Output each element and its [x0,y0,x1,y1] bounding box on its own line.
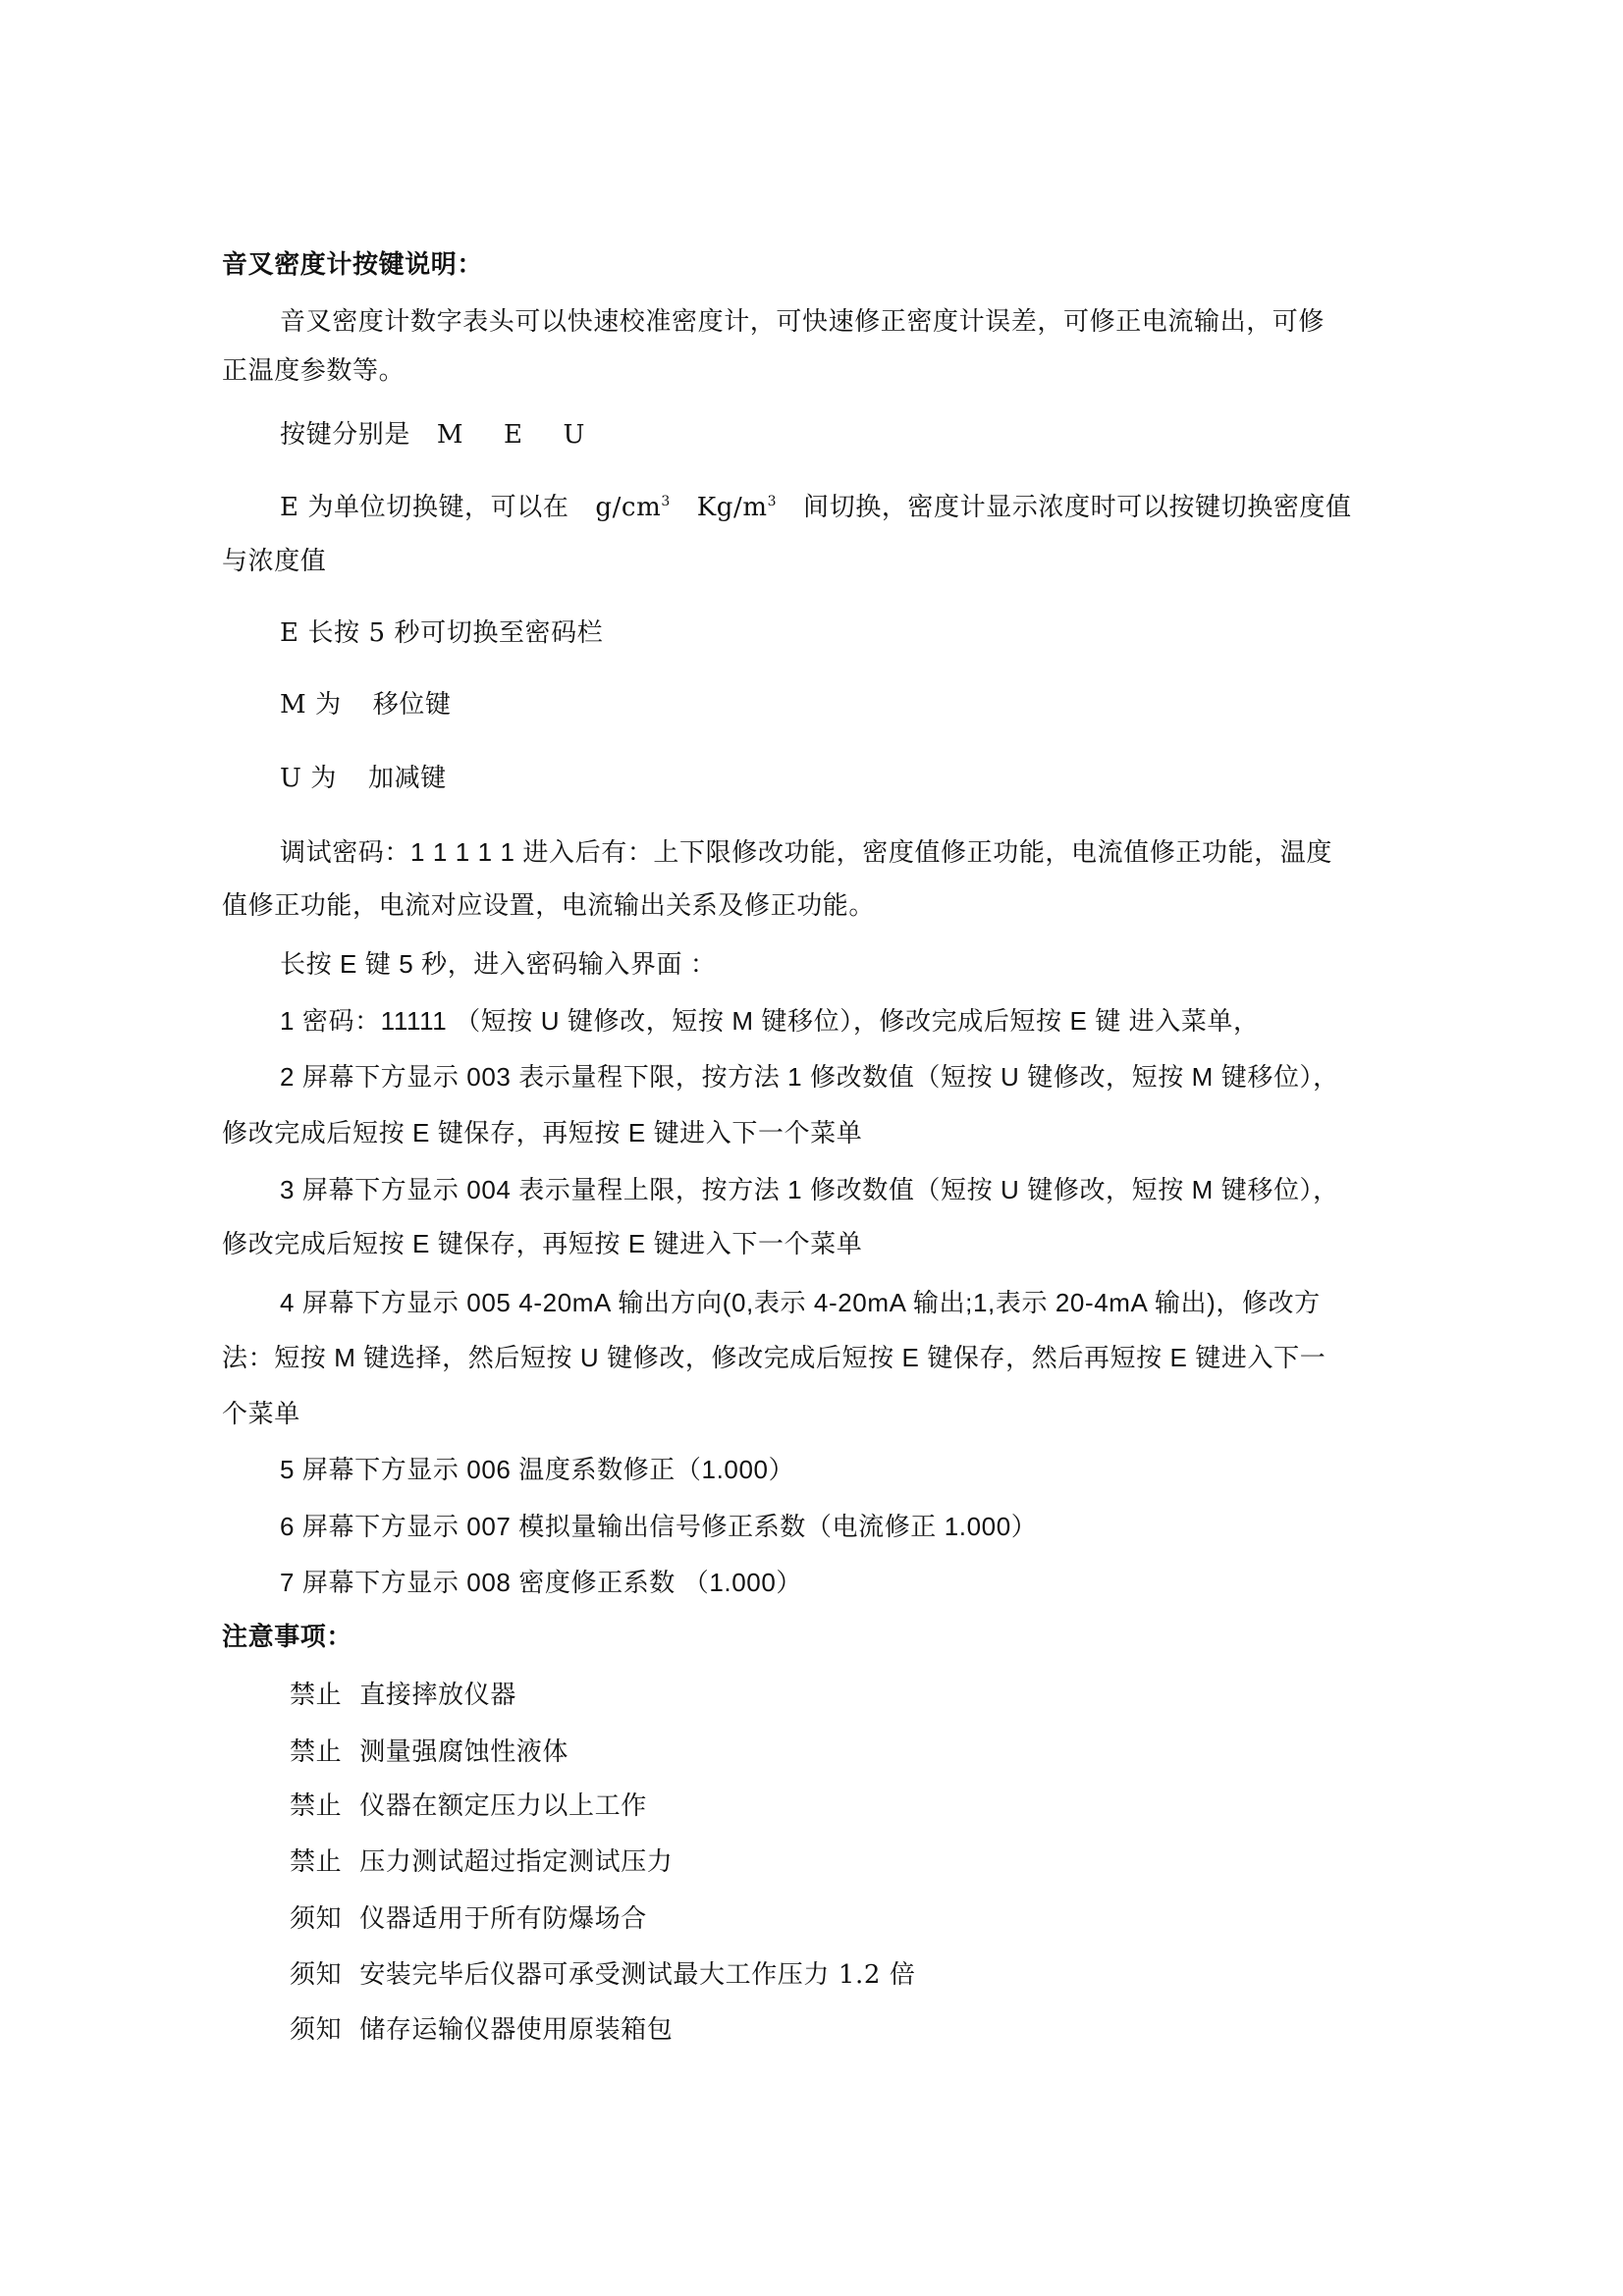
e-long-press: E 长按 5 秒可切换至密码栏 [280,616,1470,650]
m-key-line: M 为移位键 [280,688,1470,721]
step-5: 5 屏幕下方显示 006 温度系数修正（1.000） [280,1453,1470,1486]
note-item: 须知储存运输仪器使用原装箱包 [290,2013,1480,2047]
long-press-line: 长按 E 键 5 秒，进入密码输入界面 ： [280,947,1470,981]
notes-title: 注意事项： [222,1621,1412,1654]
unit-g-cm3: g/cm3 [595,493,671,522]
step-3-line-2: 修改完成后短按 E 键保存，再短按 E 键进入下一个菜单 [222,1227,1412,1260]
note-type: 须知 [290,2015,342,2045]
intro-line-2: 正温度参数等。 [222,354,1412,388]
e-key-line-2: 与浓度值 [222,545,1412,578]
note-type: 须知 [290,1960,342,1990]
m-key-label: M 为 [280,690,342,720]
keys-label: 按键分别是 [280,420,410,450]
note-type: 禁止 [290,1737,342,1767]
unit-kg-m3: Kg/m3 [697,493,777,522]
note-item: 禁止压力测试超过指定测试压力 [290,1845,1480,1879]
step-4-line-2: 法：短按 M 键选择，然后短按 U 键修改，修改完成后短按 E 键保存，然后再短… [222,1341,1412,1374]
step-1: 1 密码：11111 （短按 U 键修改，短按 M 键移位），修改完成后短按 E… [280,1004,1470,1038]
note-item: 须知安装完毕后仪器可承受测试最大工作压力 1.2 倍 [290,1958,1480,1992]
note-text: 储存运输仪器使用原装箱包 [359,2015,673,2045]
note-text: 仪器适用于所有防爆场合 [359,1904,647,1934]
page-title: 音叉密度计按键说明： [222,248,1412,282]
key-u: U [563,420,585,450]
step-3-line-1: 3 屏幕下方显示 004 表示量程上限，按方法 1 修改数值（短按 U 键修改，… [280,1173,1470,1206]
note-text: 直接摔放仪器 [359,1681,516,1710]
note-type: 禁止 [290,1791,342,1821]
note-type: 须知 [290,1904,342,1934]
note-item: 禁止仪器在额定压力以上工作 [290,1789,1480,1823]
note-item: 须知仪器适用于所有防爆场合 [290,1902,1480,1936]
u-key-line: U 为加减键 [280,762,1470,795]
u-key-label: U 为 [280,764,337,793]
note-type: 禁止 [290,1847,342,1877]
step-2-line-1: 2 屏幕下方显示 003 表示量程下限，按方法 1 修改数值（短按 U 键修改，… [280,1060,1470,1094]
debug-line-2: 值修正功能，电流对应设置，电流输出关系及修正功能。 [222,888,1412,922]
debug-line-1: 调试密码：1 1 1 1 1 进入后有：上下限修改功能，密度值修正功能，电流值修… [280,835,1470,869]
step-4-line-3: 个菜单 [222,1397,1412,1430]
u-key-desc: 加减键 [368,764,447,793]
e-key-suffix: 间切换，密度计显示浓度时可以按键切换密度值 [803,493,1352,522]
step-7: 7 屏幕下方显示 008 密度修正系数 （1.000） [280,1566,1470,1599]
note-item: 禁止测量强腐蚀性液体 [290,1735,1480,1769]
note-item: 禁止直接摔放仪器 [290,1679,1480,1712]
key-m: M [437,420,463,450]
note-text: 仪器在额定压力以上工作 [359,1791,647,1821]
step-6: 6 屏幕下方显示 007 模拟量输出信号修正系数（电流修正 1.000） [280,1510,1470,1543]
document-page: 音叉密度计按键说明： 音叉密度计数字表头可以快速校准密度计，可快速修正密度计误差… [0,0,1623,2296]
step-4-line-1: 4 屏幕下方显示 005 4-20mA 输出方向(0,表示 4-20mA 输出;… [280,1286,1470,1319]
key-e: E [504,420,523,450]
step-2-line-2: 修改完成后短按 E 键保存，再短按 E 键进入下一个菜单 [222,1116,1412,1149]
note-text: 压力测试超过指定测试压力 [359,1847,673,1877]
m-key-desc: 移位键 [373,690,452,720]
intro-line-1: 音叉密度计数字表头可以快速校准密度计，可快速修正密度计误差，可修正电流输出，可修 [280,305,1409,339]
e-key-prefix: E 为单位切换键，可以在 [280,493,568,522]
keys-line: 按键分别是 M E U [280,418,1470,452]
note-text: 测量强腐蚀性液体 [359,1737,568,1767]
note-text: 安装完毕后仪器可承受测试最大工作压力 1.2 倍 [359,1960,915,1990]
note-type: 禁止 [290,1681,342,1710]
e-key-line-1: E 为单位切换键，可以在 g/cm3 Kg/m3 间切换，密度计显示浓度时可以按… [280,491,1470,524]
